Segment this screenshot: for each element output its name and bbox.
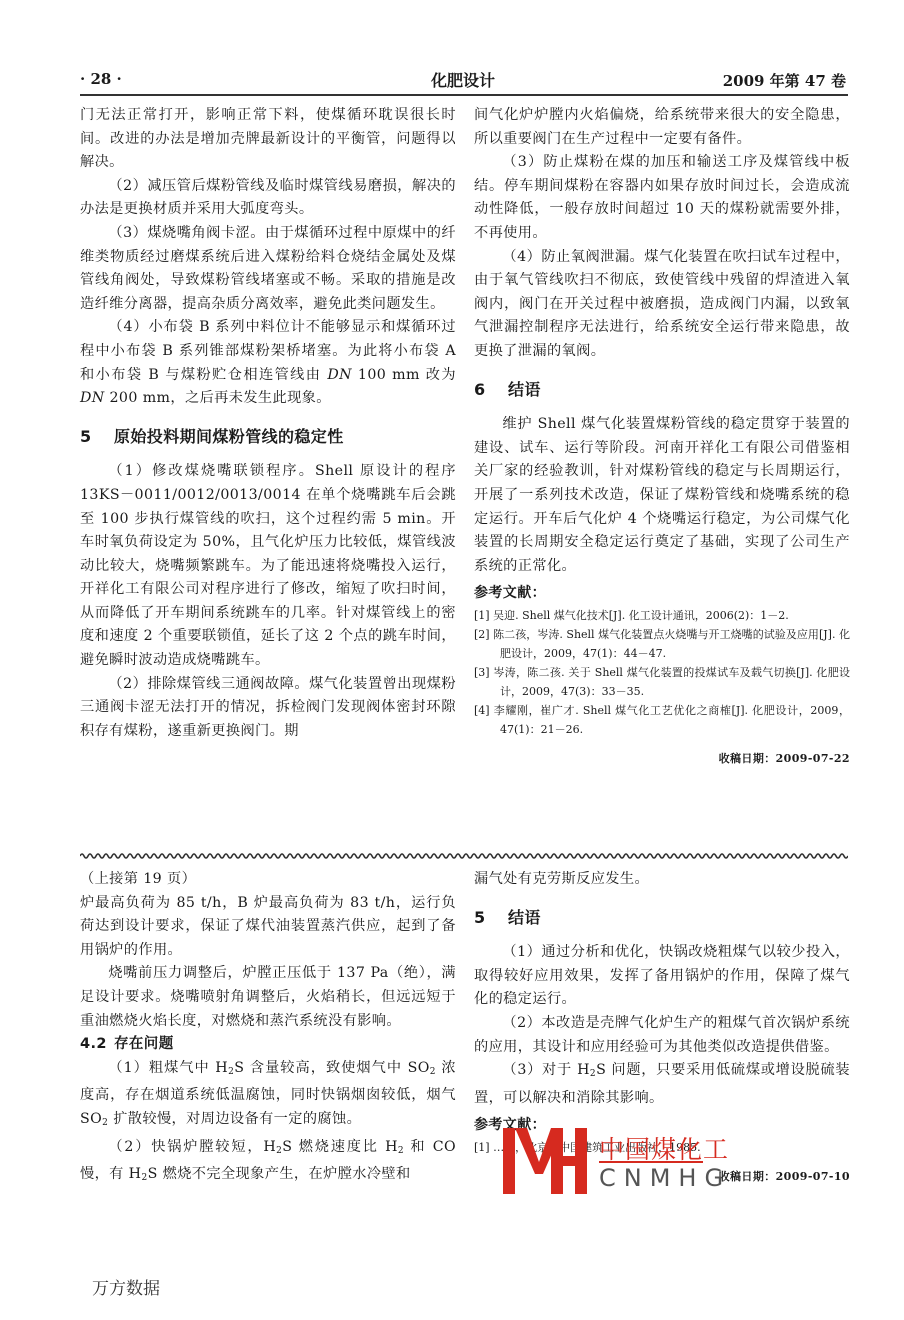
- volume-label: 2009 年第 47 卷: [723, 70, 846, 91]
- footer-brand: 万方数据: [92, 1274, 160, 1299]
- paragraph: （2）排除煤管线三通阀故障。煤气化装置曾出现煤粉三通阀卡涩无法打开的情况，拆检阀…: [80, 673, 456, 744]
- continued-note: （上接第 19 页）: [80, 868, 456, 892]
- paragraph: （4）小布袋 B 系列中料位计不能够显示和煤循环过程中小布袋 B 系列锥部煤粉架…: [80, 316, 456, 410]
- paragraph: （1）修改煤烧嘴联锁程序。Shell 原设计的程序 13KS－0011/0012…: [80, 460, 456, 672]
- mh-logo-icon: [503, 1128, 595, 1194]
- section-heading: 6结语: [474, 378, 850, 402]
- bottom-left-column: （上接第 19 页） 炉最高负荷为 85 t/h，B 炉最高负荷为 83 t/h…: [80, 868, 456, 1191]
- watermark-logo: 中国煤化工 CNMHG: [503, 1128, 733, 1198]
- subsection-heading: 4.2存在问题: [80, 1033, 456, 1057]
- paragraph: 漏气处有克劳斯反应发生。: [474, 868, 850, 892]
- top-right-column: 间气化炉炉膛内火焰偏烧，给系统带来很大的安全隐患，所以重要阀门在生产过程中一定要…: [474, 104, 850, 770]
- top-left-column: 门无法正常打开，影响正常下料，使煤循环耽误很长时间。改进的办法是增加壳牌最新设计…: [80, 104, 456, 743]
- paragraph: 炉最高负荷为 85 t/h，B 炉最高负荷为 83 t/h，运行负荷达到设计要求…: [80, 892, 456, 963]
- paragraph: 间气化炉炉膛内火焰偏烧，给系统带来很大的安全隐患，所以重要阀门在生产过程中一定要…: [474, 104, 850, 151]
- reference-item: [2] 陈二孩，岑涛. Shell 煤气化装置点火烧嘴与开工烧嘴的试验及应用[J…: [474, 625, 850, 663]
- references-title: 参考文献：: [474, 582, 850, 606]
- paragraph: 维护 Shell 煤气化装置煤粉管线的稳定贯穿于装置的建设、试车、运行等阶段。河…: [474, 413, 850, 578]
- watermark-en-text: CNMHG: [599, 1164, 731, 1192]
- received-date: 收稿日期：2009-07-22: [474, 747, 850, 771]
- paragraph: （3）煤烧嘴角阀卡涩。由于煤循环过程中原煤中的纤维类物质经过磨煤系统后进入煤粉给…: [80, 222, 456, 316]
- watermark-rule: [599, 1161, 703, 1163]
- paragraph: （3）对于 H2S 问题，只要采用低硫煤或增设脱硫装置，可以解决和消除其影响。: [474, 1059, 850, 1110]
- paragraph: （2）快锅炉膛较短，H2S 燃烧速度比 H2 和 CO 慢，有 H2S 燃烧不完…: [80, 1136, 456, 1191]
- page-header: · 28 · 化肥设计 2009 年第 47 卷: [80, 66, 846, 92]
- paragraph: （4）防止氧阀泄漏。煤气化装置在吹扫试车过程中，由于氧气管线吹扫不彻底，致使管线…: [474, 246, 850, 364]
- header-divider: [80, 94, 848, 96]
- reference-item: [3] 岑涛，陈二孩. 关于 Shell 煤气化装置的投煤试车及载气切换[J].…: [474, 663, 850, 701]
- wavy-divider: [80, 852, 848, 860]
- paragraph: （2）本改造是壳牌气化炉生产的粗煤气首次锅炉系统的应用，其设计和应用经验可为其他…: [474, 1012, 850, 1059]
- reference-item: [4] 李耀刚，崔广才. Shell 煤气化工艺优化之商榷[J]. 化肥设计，2…: [474, 701, 850, 739]
- reference-item: [1] 吴迎. Shell 煤气化技术[J]. 化工设计通讯，2006(2)：1…: [474, 606, 850, 625]
- paragraph: （1）通过分析和优化，快锅改烧粗煤气以较少投入，取得较好应用效果，发挥了备用锅炉…: [474, 941, 850, 1012]
- paragraph: （1）粗煤气中 H2S 含量较高，致使烟气中 SO2 浓度高，存在烟道系统低温腐…: [80, 1057, 456, 1136]
- section-heading: 5原始投料期间煤粉管线的稳定性: [80, 425, 456, 449]
- paragraph: 烧嘴前压力调整后，炉膛正压低于 137 Pa（绝），满足设计要求。烧嘴喷射角调整…: [80, 962, 456, 1033]
- paragraph: （2）减压管后煤粉管线及临时煤管线易磨损，解决的办法是更换材质并采用大弧度弯头。: [80, 175, 456, 222]
- paragraph: （3）防止煤粉在煤的加压和输送工序及煤管线中板结。停车期间煤粉在容器内如果存放时…: [474, 151, 850, 245]
- paragraph: 门无法正常打开，影响正常下料，使煤循环耽误很长时间。改进的办法是增加壳牌最新设计…: [80, 104, 456, 175]
- section-heading: 5结语: [474, 906, 850, 930]
